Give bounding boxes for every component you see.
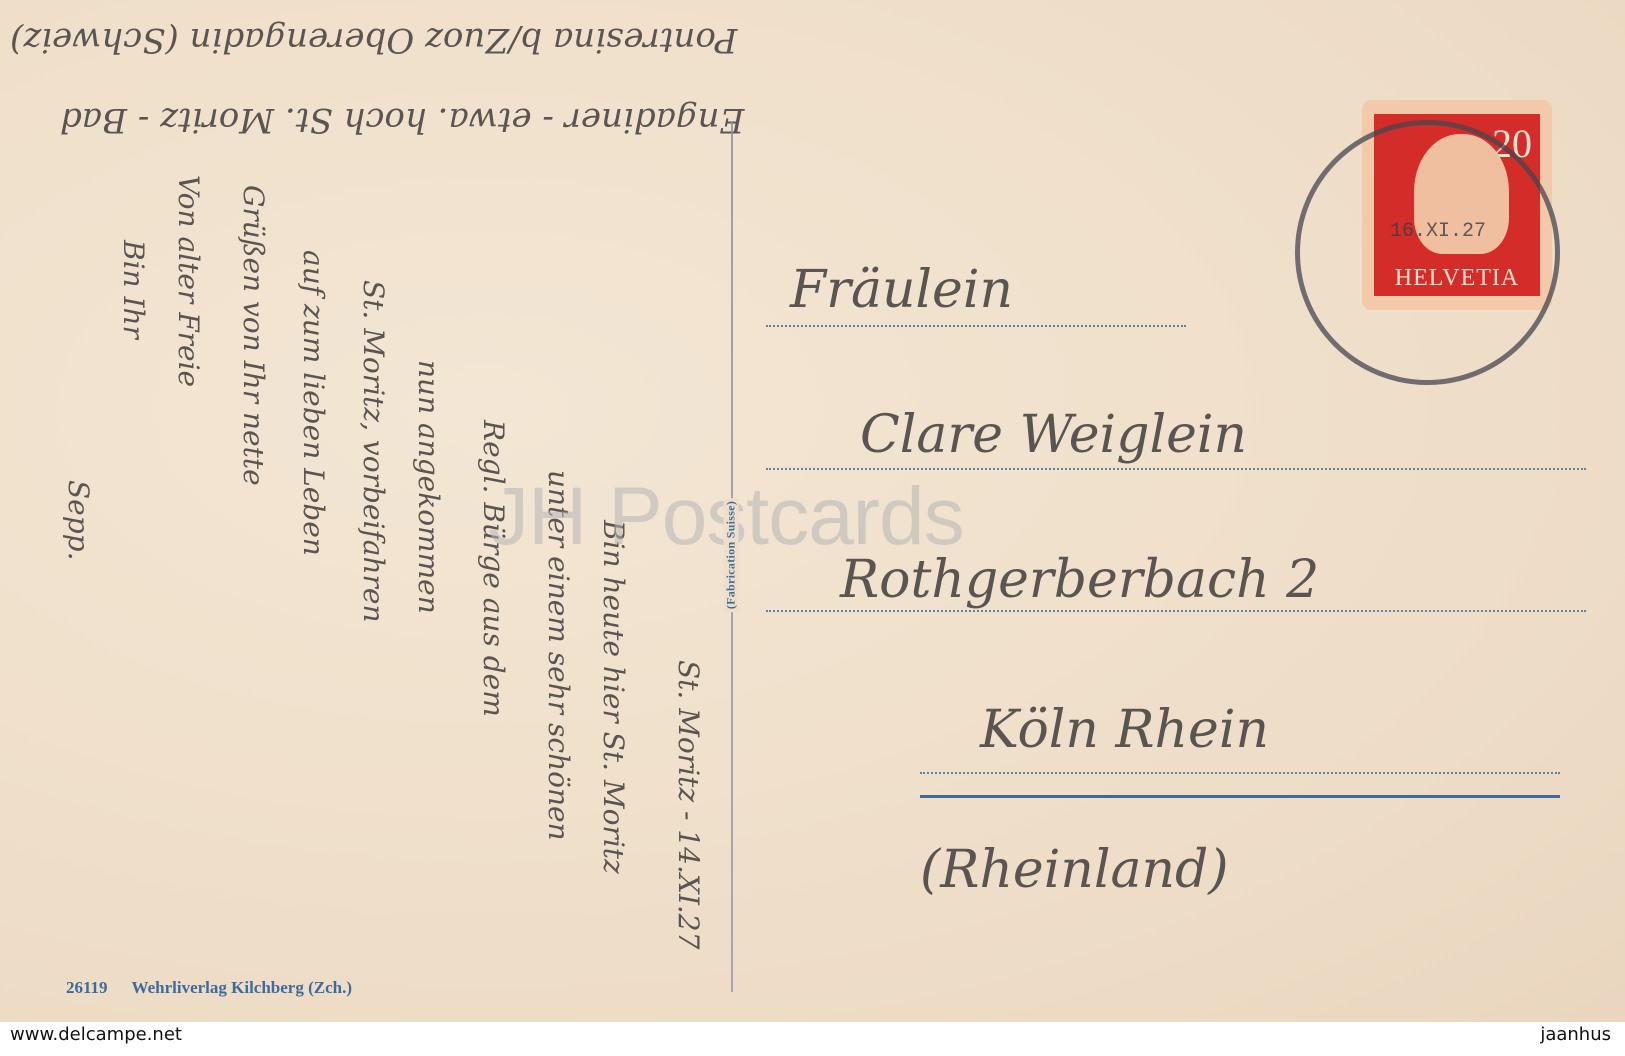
message-col-3: Regl. Bürge aus dem [477, 420, 510, 717]
dateline: St. Moritz - 14.XI.27 [672, 660, 705, 949]
address-line-2-rule [766, 468, 1586, 470]
address-line-3: Rothgerberbach 2 [840, 550, 1319, 610]
address-line-4-rule [920, 772, 1560, 774]
source-site-label: www.delcampe.net [10, 1024, 182, 1045]
publisher-imprint: 26119 Wehrliverlag Kilchberg (Zch.) [66, 978, 352, 998]
address-line-2: Clare Weiglein [860, 405, 1247, 465]
upside-handwriting-line-1: Pontresina b/Zuoz Oberengadin (Schweiz) [10, 20, 737, 60]
message-col-5: St. Moritz, vorbeifahren [357, 280, 390, 623]
message-col-9: Bin Ihr [117, 240, 150, 339]
address-line-3-rule [766, 610, 1586, 612]
message-col-7: Grüßen von Ihr nette [237, 185, 270, 486]
message-col-1: Bin heute hier St. Moritz [597, 520, 630, 874]
card-number: 26119 [66, 978, 108, 997]
fabrication-label: (Fabrication Suisse) [724, 498, 739, 612]
message-col-10: Sepp. [62, 480, 95, 561]
address-line-4-solid-rule [920, 795, 1560, 798]
message-col-8: Von alter Freie [172, 175, 205, 387]
address-line-5: (Rheinland) [920, 840, 1229, 900]
address-line-4: Köln Rhein [980, 700, 1269, 760]
message-col-4: nun angekommen [412, 360, 445, 614]
seller-label: jaanhus [1540, 1024, 1611, 1045]
address-line-1-rule [766, 325, 1186, 327]
upside-handwriting-line-2: Engadiner - etwa. hoch St. Moritz - Bad [60, 100, 744, 140]
address-line-1: Fräulein [790, 260, 1013, 320]
postmark-circle [1295, 120, 1560, 385]
postcard-back: Pontresina b/Zuoz Oberengadin (Schweiz) … [0, 0, 1625, 1022]
footer-bar: www.delcampe.net jaanhus [0, 1022, 1625, 1056]
postmark-date: 16.XI.27 [1390, 220, 1486, 243]
publisher-name: Wehrliverlag Kilchberg (Zch.) [132, 978, 353, 997]
message-col-6: auf zum lieben Leben [297, 250, 330, 556]
